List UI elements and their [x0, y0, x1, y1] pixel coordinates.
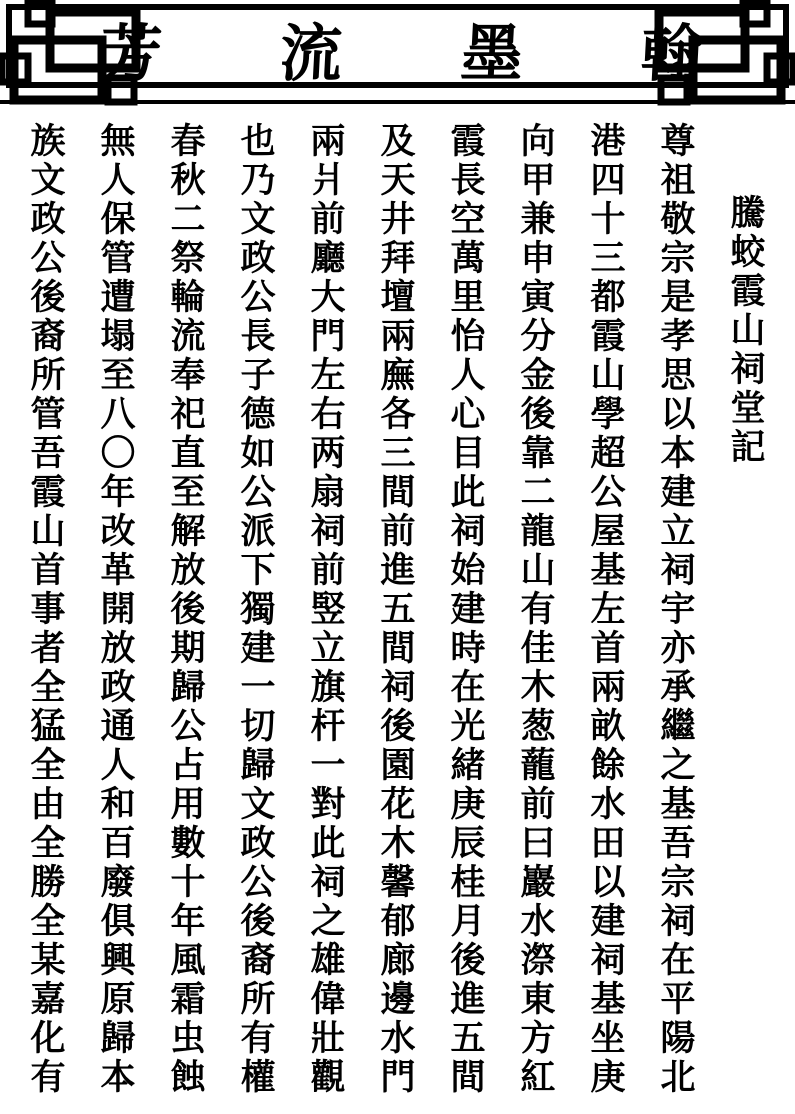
text-column: 尊祖敬宗是孝思以本建立祠宇亦承繼之基吾宗祠在平陽北: [640, 122, 710, 1100]
text-column: 無人保管遭塌至八〇年改革開放政通人和百廢俱興原歸本: [80, 122, 150, 1100]
document-page: 芳 流 墨 翰 騰蛟霞山祠堂記 尊祖敬宗是孝思以本建立祠宇亦承繼之基吾宗祠在平陽…: [0, 0, 795, 1114]
text-body: 騰蛟霞山祠堂記 尊祖敬宗是孝思以本建立祠宇亦承繼之基吾宗祠在平陽北 港四十三都霞…: [8, 122, 780, 1100]
banner-title-char: 流: [279, 23, 344, 85]
corner-knot-right-icon: [647, 0, 795, 112]
article-title-column: 騰蛟霞山祠堂記: [710, 122, 780, 1100]
text-column: 及天井拜壇兩廡各三間前進五間祠後園花木馨郁廊邊水門: [360, 122, 430, 1100]
banner-divider: [0, 100, 795, 104]
text-column: 族文政公後裔所管吾霞山首事者全猛全由全勝全某嘉化有: [10, 122, 80, 1100]
text-column: 霞長空萬里怡人心目此祠始建時在光緒庚辰桂月後進五間: [430, 122, 500, 1100]
banner-title-char: 芳: [98, 23, 163, 85]
banner: 芳 流 墨 翰: [0, 0, 795, 112]
text-column: 春秋二祭輪流奉祀直至解放後期歸公占用數十年風霜虫蝕: [150, 122, 220, 1100]
text-column: 兩爿前廳大門左右两扇祠前竪立旗杆一對此祠之雄偉壯觀: [290, 122, 360, 1100]
text-column: 也乃文政公長子德如公派下獨建一切歸文政公後裔所有權: [220, 122, 290, 1100]
text-column: 港四十三都霞山學超公屋基左首兩畝餘水田以建祠基坐庚: [570, 122, 640, 1100]
banner-title-char: 墨: [459, 23, 524, 85]
text-column: 向甲兼申寅分金後靠二龍山有佳木葱蘢前曰巖水漈東方紅: [500, 122, 570, 1100]
